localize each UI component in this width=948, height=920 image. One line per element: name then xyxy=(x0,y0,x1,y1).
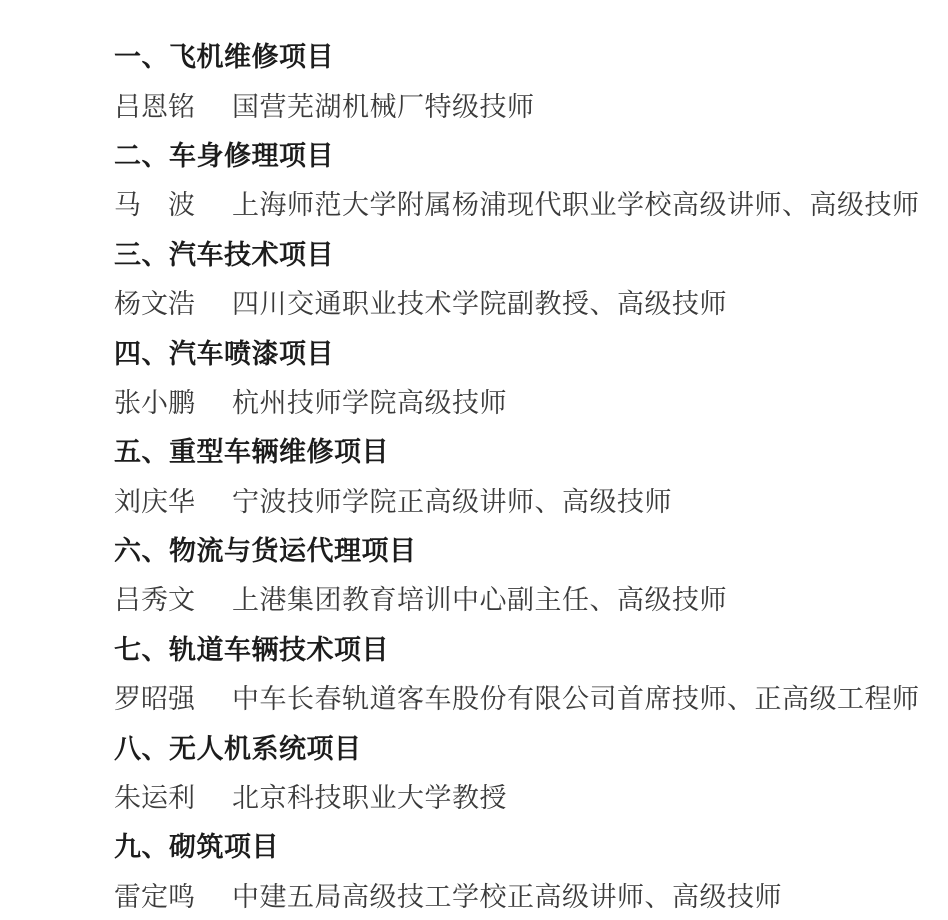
section-5: 五、重型车辆维修项目 刘庆华宁波技师学院正高级讲师、高级技师 xyxy=(114,425,908,524)
entry-row: 吕恩铭国营芜湖机械厂特级技师 xyxy=(114,85,535,124)
section-8: 八、无人机系统项目 朱运利北京科技职业大学教授 xyxy=(114,721,908,820)
person-affiliation: 上海师范大学附属杨浦现代职业学校高级讲师、高级技师 xyxy=(232,183,920,222)
entry-row: 罗昭强中车长春轨道客车股份有限公司首席技师、正高级工程师 xyxy=(114,677,920,716)
person-name: 刘庆华 xyxy=(114,480,197,519)
person-affiliation: 中建五局高级技工学校正高级讲师、高级技师 xyxy=(232,875,782,914)
person-name: 吕秀文 xyxy=(114,578,197,617)
entry-row: 张小鹏杭州技师学院高级技师 xyxy=(114,381,507,420)
entry-row: 朱运利北京科技职业大学教授 xyxy=(114,776,507,815)
person-affiliation: 杭州技师学院高级技师 xyxy=(232,381,507,420)
entry-row: 杨文浩四川交通职业技术学院副教授、高级技师 xyxy=(114,282,727,321)
section-heading: 九、砌筑项目 xyxy=(114,825,279,864)
entry-row: 吕秀文上港集团教育培训中心副主任、高级技师 xyxy=(114,578,727,617)
section-heading: 二、车身修理项目 xyxy=(114,134,334,173)
person-name: 朱运利 xyxy=(114,776,197,815)
person-affiliation: 北京科技职业大学教授 xyxy=(232,776,507,815)
section-3: 三、汽车技术项目 杨文浩四川交通职业技术学院副教授、高级技师 xyxy=(114,228,908,327)
person-affiliation: 国营芜湖机械厂特级技师 xyxy=(232,85,535,124)
entry-row: 马 波上海师范大学附属杨浦现代职业学校高级讲师、高级技师 xyxy=(114,183,920,222)
section-2: 二、车身修理项目 马 波上海师范大学附属杨浦现代职业学校高级讲师、高级技师 xyxy=(114,129,908,228)
section-1: 一、飞机维修项目 吕恩铭国营芜湖机械厂特级技师 xyxy=(114,30,908,129)
section-heading: 七、轨道车辆技术项目 xyxy=(114,628,389,667)
section-7: 七、轨道车辆技术项目 罗昭强中车长春轨道客车股份有限公司首席技师、正高级工程师 xyxy=(114,623,908,722)
entry-row: 刘庆华宁波技师学院正高级讲师、高级技师 xyxy=(114,480,672,519)
section-heading: 八、无人机系统项目 xyxy=(114,727,362,766)
person-affiliation: 宁波技师学院正高级讲师、高级技师 xyxy=(232,480,672,519)
document-page: 一、飞机维修项目 吕恩铭国营芜湖机械厂特级技师 二、车身修理项目 马 波上海师范… xyxy=(0,0,948,920)
person-name: 吕恩铭 xyxy=(114,85,197,124)
section-heading: 三、汽车技术项目 xyxy=(114,233,334,272)
person-affiliation: 上港集团教育培训中心副主任、高级技师 xyxy=(232,578,727,617)
person-name: 马 波 xyxy=(114,183,197,222)
section-heading: 四、汽车喷漆项目 xyxy=(114,332,334,371)
person-name: 张小鹏 xyxy=(114,381,197,420)
person-affiliation: 中车长春轨道客车股份有限公司首席技师、正高级工程师 xyxy=(232,677,920,716)
person-affiliation: 四川交通职业技术学院副教授、高级技师 xyxy=(232,282,727,321)
section-6: 六、物流与货运代理项目 吕秀文上港集团教育培训中心副主任、高级技师 xyxy=(114,524,908,623)
person-name: 杨文浩 xyxy=(114,282,197,321)
entry-row: 雷定鸣中建五局高级技工学校正高级讲师、高级技师 xyxy=(114,875,782,914)
section-heading: 六、物流与货运代理项目 xyxy=(114,529,417,568)
section-heading: 一、飞机维修项目 xyxy=(114,35,334,74)
person-name: 雷定鸣 xyxy=(114,875,197,914)
section-9: 九、砌筑项目 雷定鸣中建五局高级技工学校正高级讲师、高级技师 xyxy=(114,820,908,919)
section-heading: 五、重型车辆维修项目 xyxy=(114,430,389,469)
person-name: 罗昭强 xyxy=(114,677,197,716)
section-4: 四、汽车喷漆项目 张小鹏杭州技师学院高级技师 xyxy=(114,326,908,425)
